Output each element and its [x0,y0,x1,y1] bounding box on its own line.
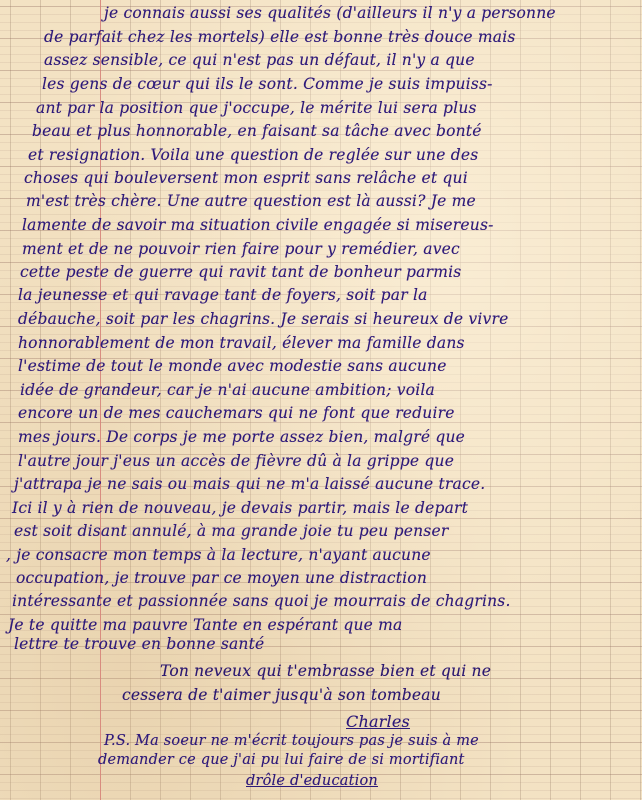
body-line: lamente de savoir ma situation civile en… [22,216,494,234]
postscript-line: P.S. Ma soeur ne m'écrit toujours pas je… [104,733,479,749]
body-line: beau et plus honnorable, en faisant sa t… [32,122,482,140]
body-line: idée de grandeur, car je n'ai aucune amb… [20,381,435,399]
body-line: Ici il y à rien de nouveau, je devais pa… [12,499,468,517]
body-line: la jeunesse et qui ravage tant de foyers… [18,286,428,304]
body-line: assez sensible, ce qui n'est pas un défa… [44,51,475,69]
body-line: m'est très chère. Une autre question est… [26,192,476,210]
body-line: mes jours. De corps je me porte assez bi… [18,428,465,446]
body-line: les gens de cœur qui ils le sont. Comme … [42,75,493,93]
postscript-line: drôle d'education [246,773,378,789]
body-line: je connais aussi ses qualités (d'ailleur… [104,4,556,22]
body-line: l'estime de tout le monde avec modestie … [18,357,447,375]
red-margin-line [100,0,101,800]
signature: Charles [346,712,410,731]
body-line: Je te quitte ma pauvre Tante en espérant… [8,616,402,634]
closing-line: cessera de t'aimer jusqu'à son tombeau [122,686,441,704]
body-line: ant par la position que j'occupe, le mér… [36,99,477,117]
body-line: ment et de ne pouvoir rien faire pour y … [22,240,460,258]
body-line: cette peste de guerre qui ravit tant de … [20,263,461,281]
closing-line: Ton neveux qui t'embrasse bien et qui ne [160,662,491,680]
body-line: encore un de mes cauchemars qui ne font … [18,404,455,422]
postscript-line: demander ce que j'ai pu lui faire de si … [98,752,465,768]
body-line: lettre te trouve en bonne santé [14,635,264,653]
body-line: de parfait chez les mortels) elle est bo… [44,28,516,46]
body-line: est soit disant annulé, à ma grande joie… [14,522,448,540]
body-line: l'autre jour j'eus un accès de fièvre dû… [18,452,454,470]
body-line: honnorablement de mon travail, élever ma… [18,334,465,352]
letter-page: je connais aussi ses qualités (d'ailleur… [0,0,642,800]
body-line: j'attrapa je ne sais ou mais qui ne m'a … [14,475,485,493]
body-line: et resignation. Voila une question de re… [28,146,478,164]
body-line: , je consacre mon temps à la lecture, n'… [6,546,431,564]
body-line: occupation, je trouve par ce moyen une d… [16,569,427,587]
body-line: intéressante et passionnée sans quoi je … [12,592,511,610]
body-line: choses qui bouleversent mon esprit sans … [24,169,468,187]
body-line: débauche, soit par les chagrins. Je sera… [18,310,508,328]
